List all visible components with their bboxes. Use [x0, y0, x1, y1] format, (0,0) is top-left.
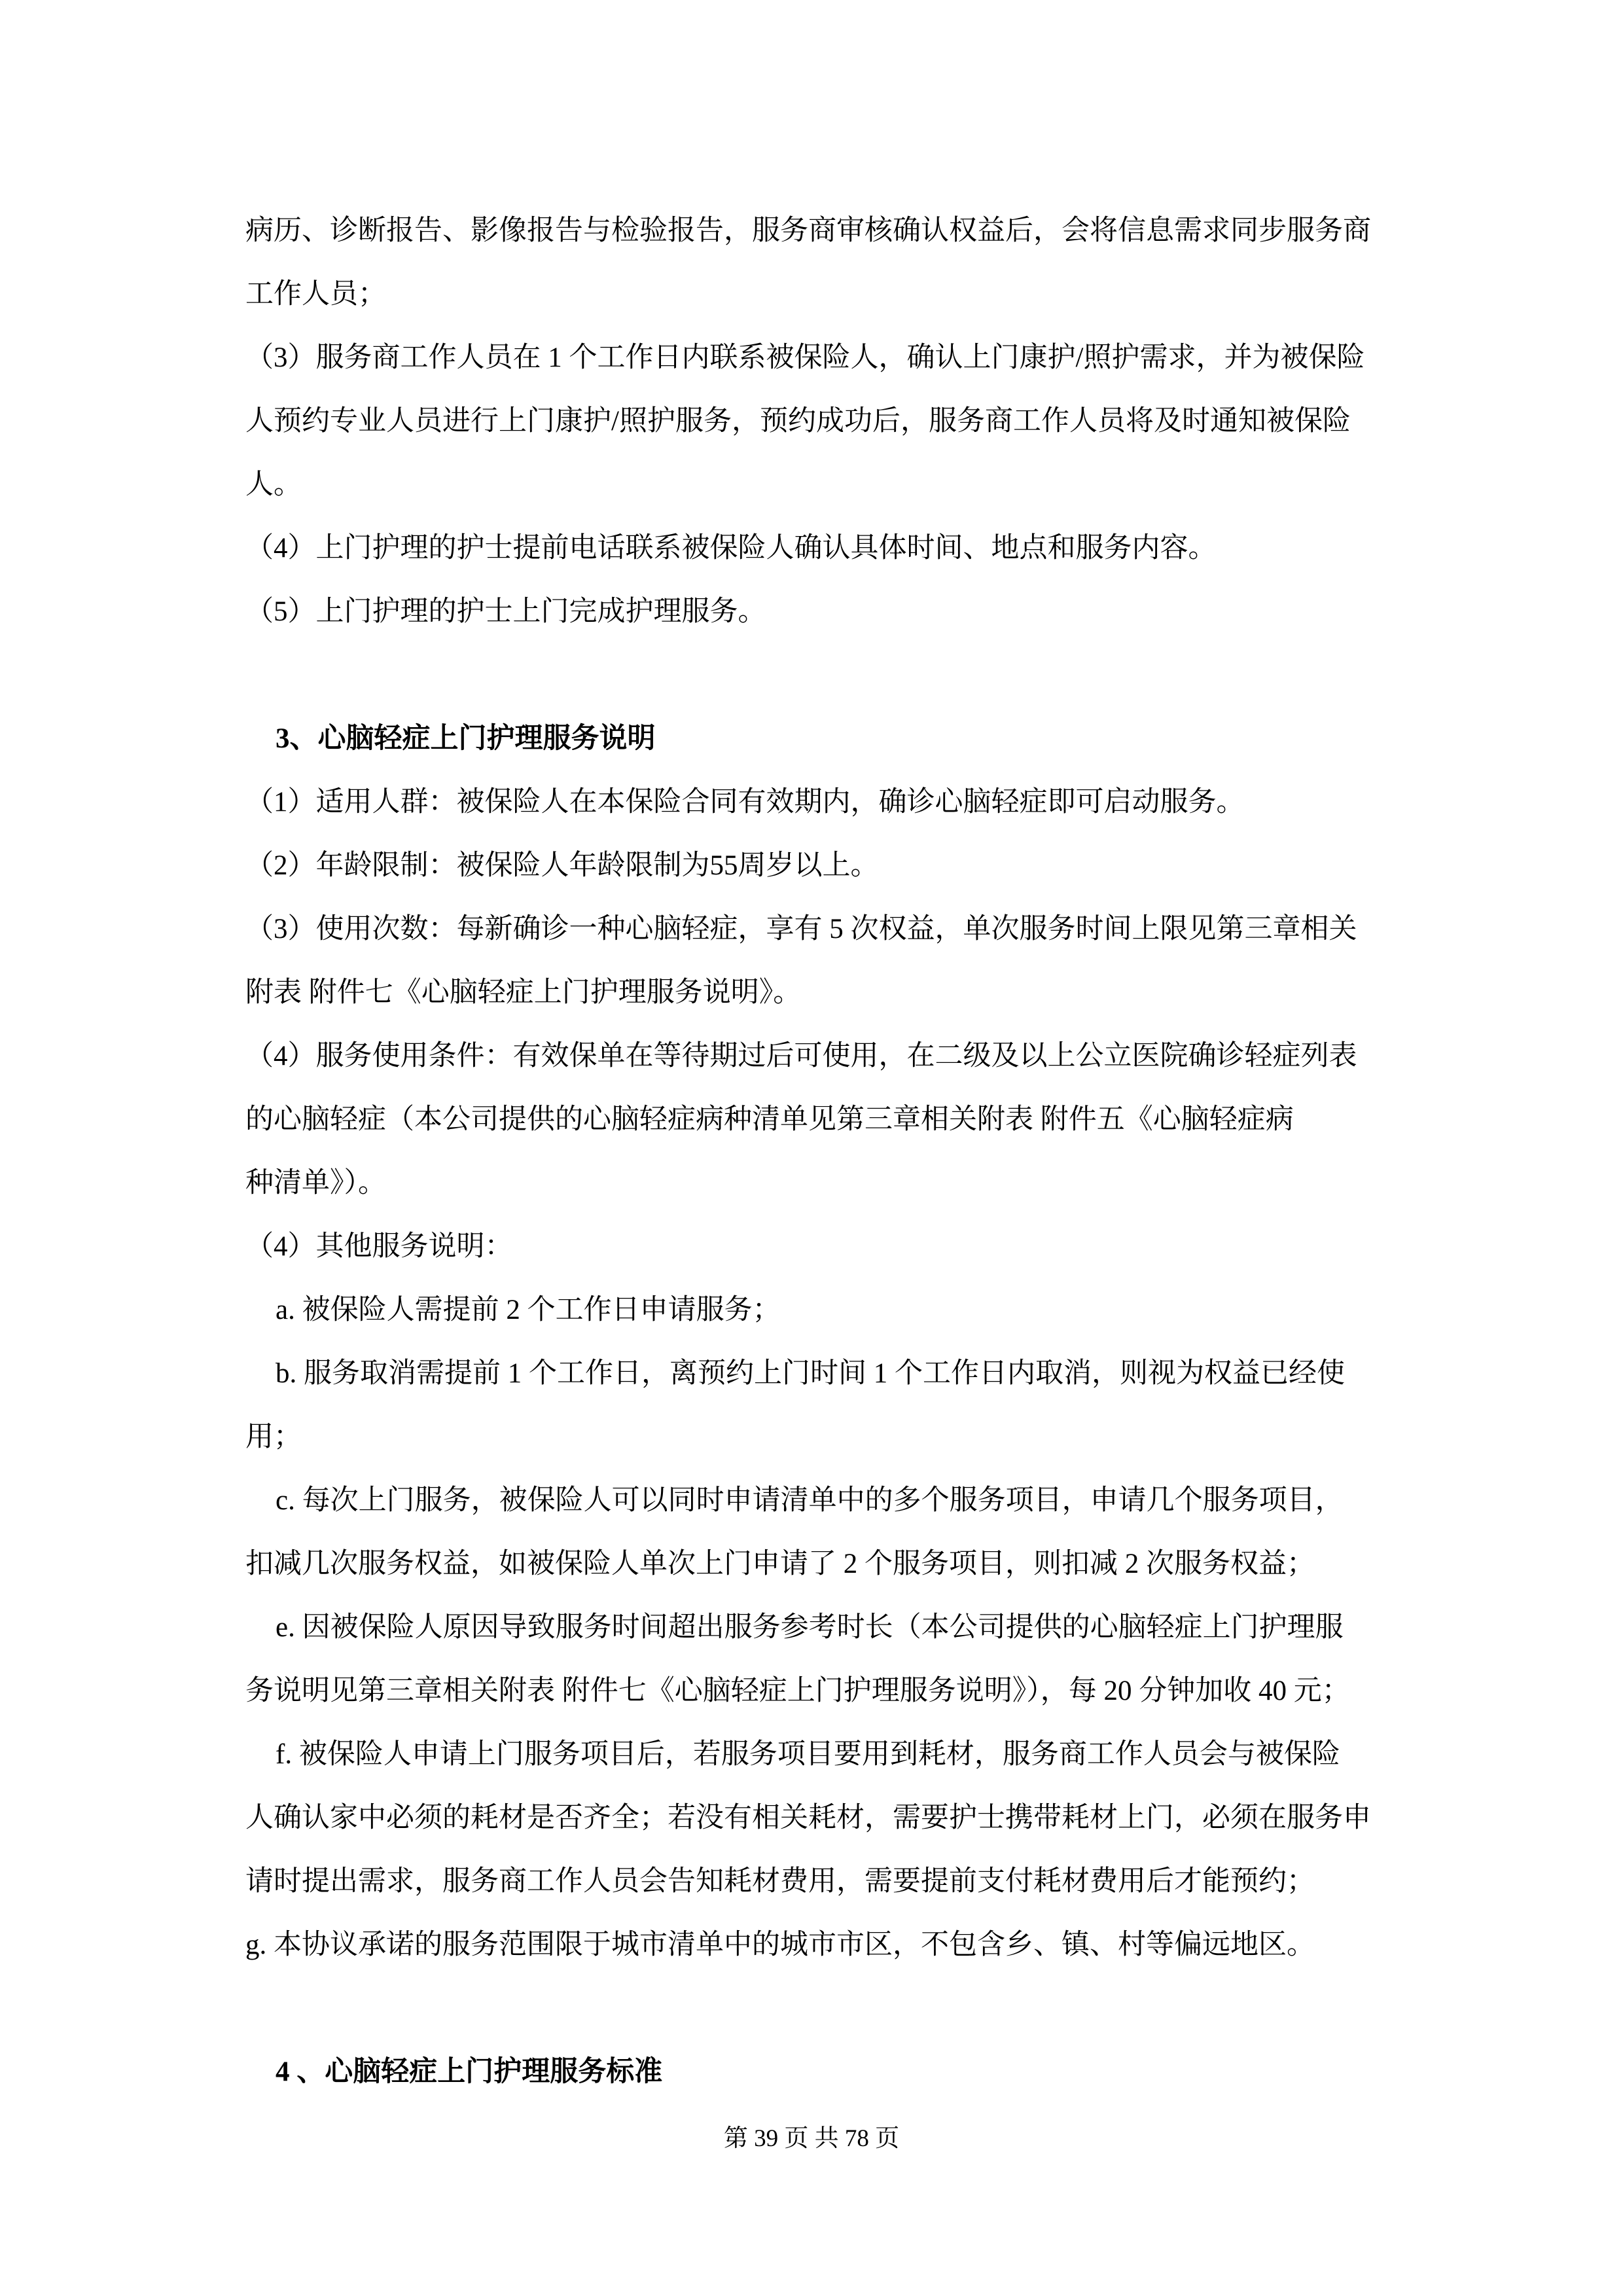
document-line: 请时提出需求，服务商工作人员会告知耗材费用，需要提前支付耗材费用后才能预约； — [245, 1850, 1378, 1913]
document-line: （3）使用次数：每新确诊一种心脑轻症，享有 5 次权益，单次服务时间上限见第三章… — [245, 897, 1378, 961]
document-line: 人预约专业人员进行上门康护/照护服务，预约成功后，服务商工作人员将及时通知被保险 — [245, 389, 1378, 453]
list-item: e. 因被保险人原因导致服务时间超出服务参考时长（本公司提供的心脑轻症上门护理服 — [245, 1596, 1378, 1659]
list-item: b. 服务取消需提前 1 个工作日，离预约上门时间 1 个工作日内取消，则视为权… — [245, 1342, 1378, 1405]
document-line: （5）上门护理的护士上门完成护理服务。 — [245, 580, 1378, 643]
section-heading: 3、心脑轻症上门护理服务说明 — [245, 707, 1378, 770]
document-line: （2）年龄限制：被保险人年龄限制为55周岁以上。 — [245, 834, 1378, 897]
document-line: 用； — [245, 1405, 1378, 1469]
document-line: 人确认家中必须的耗材是否齐全；若没有相关耗材，需要护士携带耗材上门，必须在服务申 — [245, 1786, 1378, 1850]
document-line: 病历、诊断报告、影像报告与检验报告，服务商审核确认权益后，会将信息需求同步服务商 — [245, 199, 1378, 262]
document-line: 附表 附件七《心脑轻症上门护理服务说明》。 — [245, 961, 1378, 1024]
list-item: g. 本协议承诺的服务范围限于城市清单中的城市市区，不包含乡、镇、村等偏远地区。 — [245, 1913, 1378, 1977]
document-line: （3）服务商工作人员在 1 个工作日内联系被保险人，确认上门康护/照护需求，并为… — [245, 326, 1378, 389]
list-item: c. 每次上门服务，被保险人可以同时申请清单中的多个服务项目，申请几个服务项目， — [245, 1469, 1378, 1532]
blank-line — [245, 1977, 1378, 2040]
document-body: 病历、诊断报告、影像报告与检验报告，服务商审核确认权益后，会将信息需求同步服务商… — [245, 199, 1378, 2104]
page-footer: 第 39 页 共 78 页 — [0, 2119, 1623, 2159]
document-line: 务说明见第三章相关附表 附件七《心脑轻症上门护理服务说明》），每 20 分钟加收… — [245, 1659, 1378, 1723]
document-line: 的心脑轻症（本公司提供的心脑轻症病种清单见第三章相关附表 附件五《心脑轻症病 — [245, 1088, 1378, 1151]
section-heading: 4 、心脑轻症上门护理服务标准 — [245, 2040, 1378, 2104]
document-line: 扣减几次服务权益，如被保险人单次上门申请了 2 个服务项目，则扣减 2 次服务权… — [245, 1532, 1378, 1596]
document-line: （4）上门护理的护士提前电话联系被保险人确认具体时间、地点和服务内容。 — [245, 516, 1378, 580]
document-line: 工作人员； — [245, 262, 1378, 326]
list-item: f. 被保险人申请上门服务项目后，若服务项目要用到耗材，服务商工作人员会与被保险 — [245, 1723, 1378, 1786]
document-line: （1）适用人群：被保险人在本保险合同有效期内，确诊心脑轻症即可启动服务。 — [245, 770, 1378, 834]
document-line: （4）其他服务说明： — [245, 1215, 1378, 1278]
document-line: 人。 — [245, 453, 1378, 516]
list-item: a. 被保险人需提前 2 个工作日申请服务； — [245, 1278, 1378, 1342]
document-line: （4）服务使用条件：有效保单在等待期过后可使用，在二级及以上公立医院确诊轻症列表 — [245, 1024, 1378, 1088]
document-page: 病历、诊断报告、影像报告与检验报告，服务商审核确认权益后，会将信息需求同步服务商… — [0, 0, 1623, 2296]
blank-line — [245, 643, 1378, 707]
document-line: 种清单》）。 — [245, 1151, 1378, 1215]
